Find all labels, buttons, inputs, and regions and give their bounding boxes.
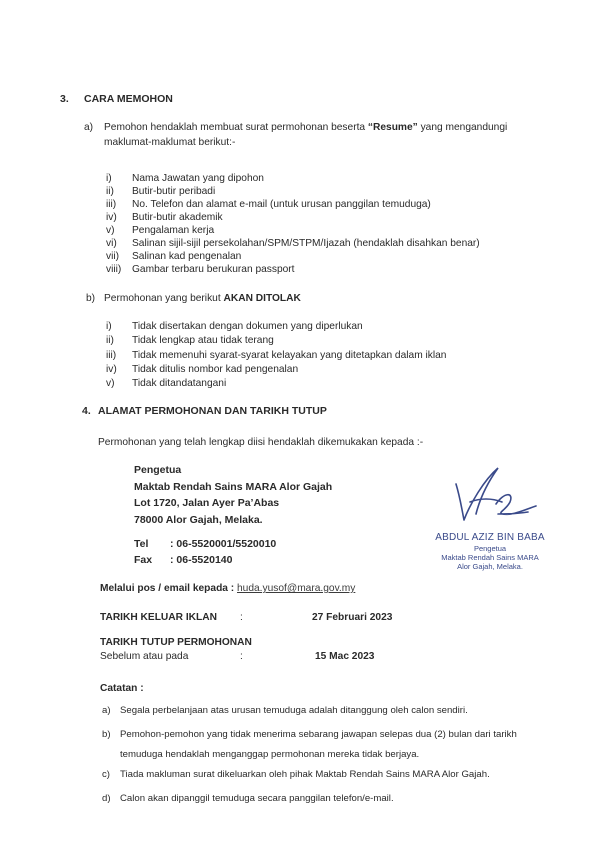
section-3a-text-after: yang mengandungi — [418, 122, 508, 133]
item-number: iv) — [106, 363, 117, 376]
rejected-emphasis: AKAN DITOLAK — [224, 293, 301, 304]
signatory-name: ABDUL AZIZ BIN BABA — [420, 532, 560, 543]
tel-label: Tel — [134, 536, 148, 553]
address-line: Pengetua — [134, 462, 332, 479]
item-text: Tidak memenuhi syarat-syarat kelayakan y… — [132, 349, 446, 362]
item-number: vi) — [106, 237, 117, 250]
note-text: Tiada makluman surat dikeluarkan oleh pi… — [120, 769, 490, 780]
fax-label: Fax — [134, 552, 152, 569]
notes-title: Catatan : — [100, 682, 144, 695]
item-text: Salinan kad pengenalan — [132, 250, 241, 263]
closing-date-label: TARIKH TUTUP PERMOHONAN — [100, 636, 252, 649]
item-number: v) — [106, 377, 115, 390]
section-3a-text-before: Pemohon hendaklah membuat surat permohon… — [104, 122, 368, 133]
section-3b-text: Permohonan yang berikut AKAN DITOLAK — [104, 292, 301, 305]
item-number: ii) — [106, 334, 114, 347]
section-4-title: ALAMAT PERMOHONAN DAN TARIKH TUTUP — [98, 405, 327, 417]
closing-date-colon: : — [240, 650, 243, 663]
item-text: Salinan sijil-sijil persekolahan/SPM/STP… — [132, 237, 480, 250]
note-text: Calon akan dipanggil temuduga secara pan… — [120, 793, 394, 804]
item-text: Gambar terbaru berukuran passport — [132, 263, 295, 276]
signatory-org: Maktab Rendah Sains MARA — [420, 553, 560, 562]
item-text: Tidak ditulis nombor kad pengenalan — [132, 363, 298, 376]
note-text-continued: temuduga hendaklah menganggap permohonan… — [120, 749, 419, 760]
closing-date-sub: Sebelum atau pada — [100, 650, 188, 663]
note-label: a) — [102, 705, 111, 716]
item-number: i) — [106, 172, 112, 185]
email-line: Melalui pos / email kepada : huda.yusof@… — [100, 582, 355, 595]
signatory-title: Pengetua — [420, 544, 560, 553]
release-date-colon: : — [240, 611, 243, 624]
note-label: b) — [102, 729, 111, 740]
section-3-number: 3. — [60, 93, 69, 105]
release-date-value: 27 Februari 2023 — [312, 611, 392, 624]
mailing-address: Pengetua Maktab Rendah Sains MARA Alor G… — [134, 462, 332, 528]
item-number: v) — [106, 224, 115, 237]
item-text: Tidak disertakan dengan dokumen yang dip… — [132, 320, 363, 333]
section-3a-text: Pemohon hendaklah membuat surat permohon… — [104, 121, 507, 134]
section-3-title: CARA MEMOHON — [84, 93, 173, 105]
resume-emphasis: “Resume” — [368, 122, 418, 133]
address-line: Lot 1720, Jalan Ayer Pa’Abas — [134, 495, 332, 512]
note-text: Segala perbelanjaan atas urusan temuduga… — [120, 705, 468, 716]
section-3b-text-before: Permohonan yang berikut — [104, 293, 224, 304]
section-4-number: 4. — [82, 405, 91, 417]
item-text: Tidak ditandatangani — [132, 377, 226, 390]
closing-date-value: 15 Mac 2023 — [315, 650, 374, 663]
item-number: iii) — [106, 349, 116, 362]
release-date-label: TARIKH KELUAR IKLAN — [100, 611, 217, 624]
section-4-intro: Permohonan yang telah lengkap diisi hend… — [98, 436, 423, 449]
section-3a-label: a) — [84, 121, 93, 134]
note-text: Pemohon-pemohon yang tidak menerima seba… — [120, 729, 517, 740]
address-line: 78000 Alor Gajah, Melaka. — [134, 512, 332, 529]
item-number: i) — [106, 320, 112, 333]
address-line: Maktab Rendah Sains MARA Alor Gajah — [134, 479, 332, 496]
tel-value: : 06-5520001/5520010 — [170, 536, 276, 553]
note-label: c) — [102, 769, 110, 780]
item-text: Pengalaman kerja — [132, 224, 214, 237]
section-3a-text-line2: maklumat-maklumat berikut:- — [104, 136, 235, 149]
item-text: Butir-butir akademik — [132, 211, 223, 224]
item-text: Tidak lengkap atau tidak terang — [132, 334, 274, 347]
item-number: iv) — [106, 211, 117, 224]
email-label: Melalui pos / email kepada : — [100, 583, 237, 594]
email-link[interactable]: huda.yusof@mara.gov.my — [237, 583, 355, 594]
item-text: Nama Jawatan yang dipohon — [132, 172, 264, 185]
item-number: vii) — [106, 250, 119, 263]
item-text: Butir-butir peribadi — [132, 185, 215, 198]
note-label: d) — [102, 793, 111, 804]
section-3b-label: b) — [86, 292, 95, 305]
signature-icon — [440, 462, 550, 528]
signatory-place: Alor Gajah, Melaka. — [420, 562, 560, 571]
item-number: iii) — [106, 198, 116, 211]
item-number: viii) — [106, 263, 121, 276]
item-number: ii) — [106, 185, 114, 198]
item-text: No. Telefon dan alamat e-mail (untuk uru… — [132, 198, 431, 211]
fax-value: : 06-5520140 — [170, 552, 232, 569]
